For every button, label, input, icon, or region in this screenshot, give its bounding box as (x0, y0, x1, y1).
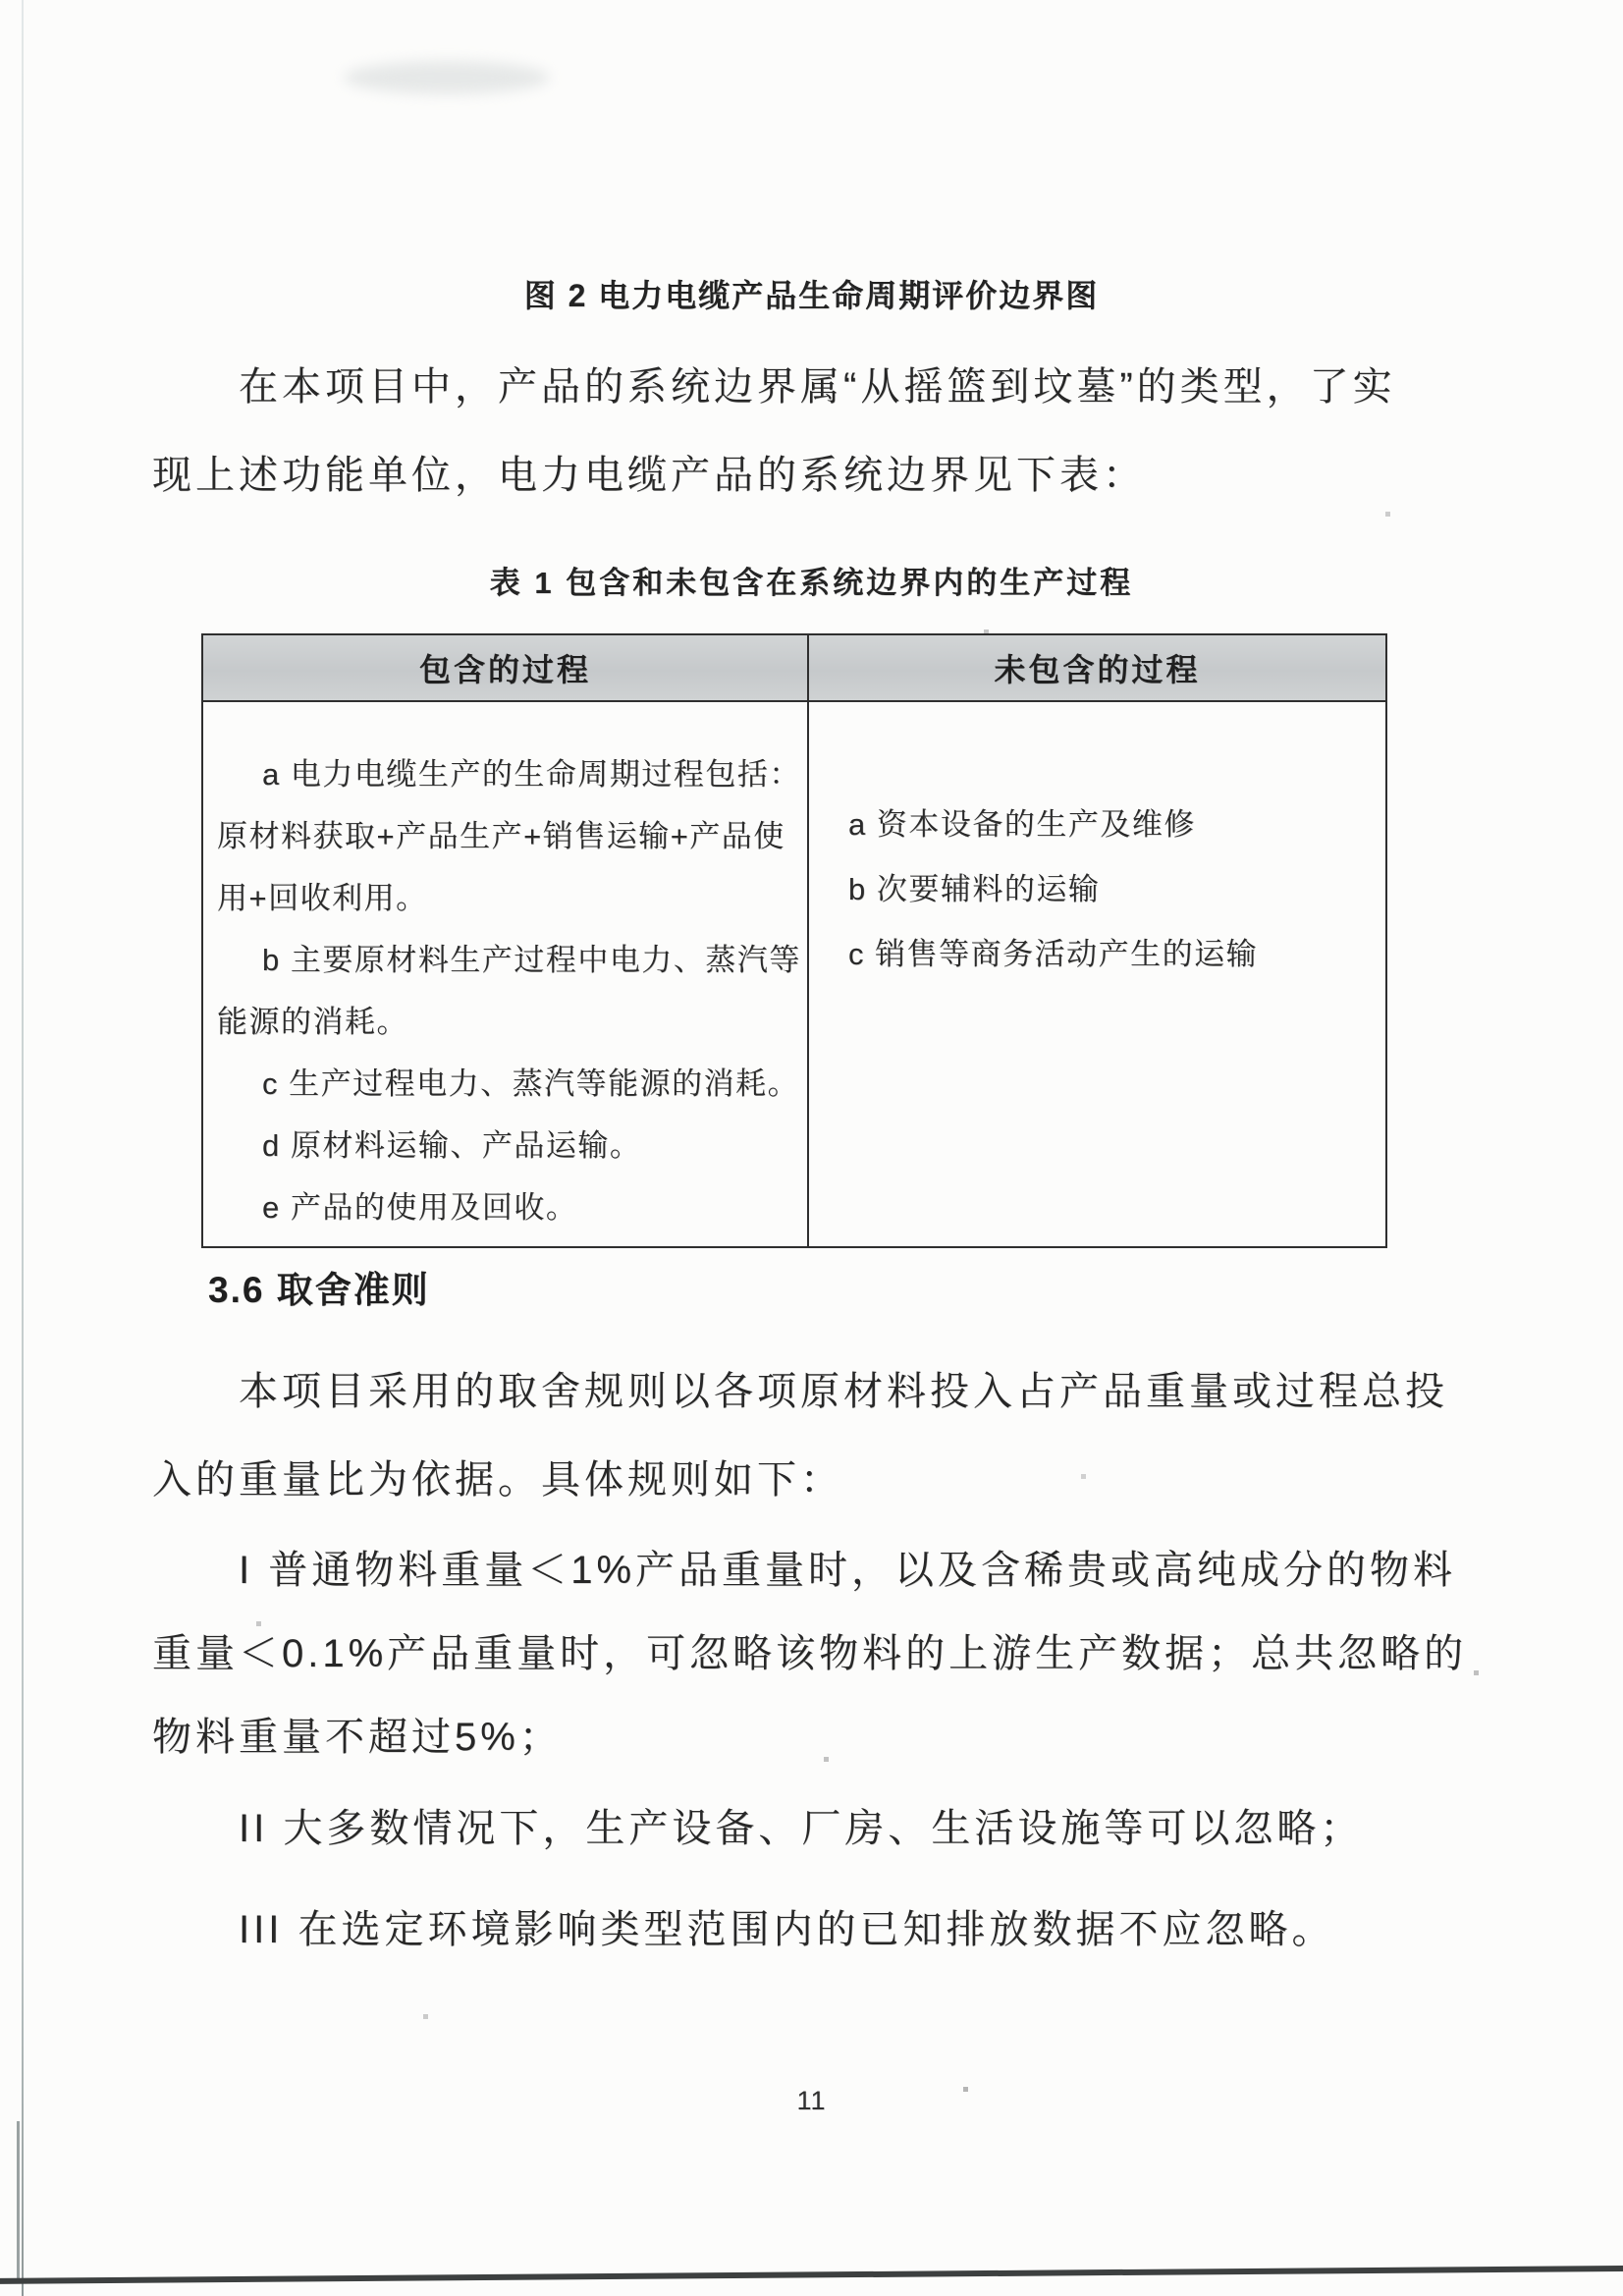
included-line: e 产品的使用及回收。 (217, 1176, 795, 1238)
included-line: 原材料获取+产品生产+销售运输+产品使 (217, 805, 795, 867)
excluded-item: a 资本设备的生产及维修 (848, 793, 1374, 857)
included-line: c 生产过程电力、蒸汽等能源的消耗。 (217, 1053, 795, 1115)
scanned-document-page: 图 2 电力电缆产品生命周期评价边界图 在本项目中，产品的系统边界属“从摇篮到坟… (0, 0, 1623, 2296)
page-edge-bottom-line (0, 2266, 1623, 2284)
intro-paragraph-line-1: 在本项目中，产品的系统边界属“从摇篮到坟墓”的类型，了实 (152, 355, 1574, 411)
table-cell-excluded-processes: a 资本设备的生产及维修 b 次要辅料的运输 c 销售等商务活动产生的运输 (809, 702, 1385, 1246)
section-heading-3-6: 3.6 取舍准则 (208, 1260, 430, 1313)
table-header-excluded: 未包含的过程 (809, 635, 1385, 702)
rule-2-line: II 大多数情况下，生产设备、厂房、生活设施等可以忽略； (152, 1797, 1574, 1853)
table-cell-included-processes: a 电力电缆生产的生命周期过程包括： 原材料获取+产品生产+销售运输+产品使 用… (203, 702, 809, 1246)
included-line: b 主要原材料生产过程中电力、蒸汽等 (217, 929, 795, 991)
included-line: a 电力电缆生产的生命周期过程包括： (217, 743, 795, 805)
page-number: 11 (0, 2086, 1623, 2116)
scan-speckles (0, 0, 3, 3)
table-header-included: 包含的过程 (203, 635, 809, 702)
rule-3-line: III 在选定环境影响类型范围内的已知排放数据不应忽略。 (152, 1898, 1574, 1954)
included-line: 能源的消耗。 (217, 991, 795, 1053)
rule-1-line-3: 物料重量不超过5%； (152, 1706, 1488, 1762)
intro-paragraph-line-2: 现上述功能单位，电力电缆产品的系统边界见下表： (152, 444, 1488, 500)
rule-1-line-1: I 普通物料重量＜1%产品重量时，以及含稀贵或高纯成分的物料 (152, 1539, 1574, 1595)
table-caption: 表 1 包含和未包含在系统边界内的生产过程 (0, 558, 1623, 602)
rule-1-line-2: 重量＜0.1%产品重量时，可忽略该物料的上游生产数据；总共忽略的 (152, 1622, 1488, 1678)
excluded-item: b 次要辅料的运输 (848, 857, 1374, 922)
page-edge-left-dark-segment (17, 2121, 20, 2278)
system-boundary-table: 包含的过程 未包含的过程 a 电力电缆生产的生命周期过程包括： 原材料获取+产品… (201, 633, 1387, 1248)
excluded-item: c 销售等商务活动产生的运输 (848, 922, 1374, 987)
scan-smudge (344, 61, 550, 94)
figure-caption: 图 2 电力电缆产品生命周期评价边界图 (0, 271, 1623, 316)
page-edge-left-line (22, 0, 24, 2296)
included-line: d 原材料运输、产品运输。 (217, 1115, 795, 1176)
included-line: 用+回收利用。 (217, 867, 795, 929)
cutoff-paragraph-line-2: 入的重量比为依据。具体规则如下： (152, 1449, 1488, 1504)
cutoff-paragraph-line-1: 本项目采用的取舍规则以各项原材料投入占产品重量或过程总投 (152, 1360, 1574, 1416)
